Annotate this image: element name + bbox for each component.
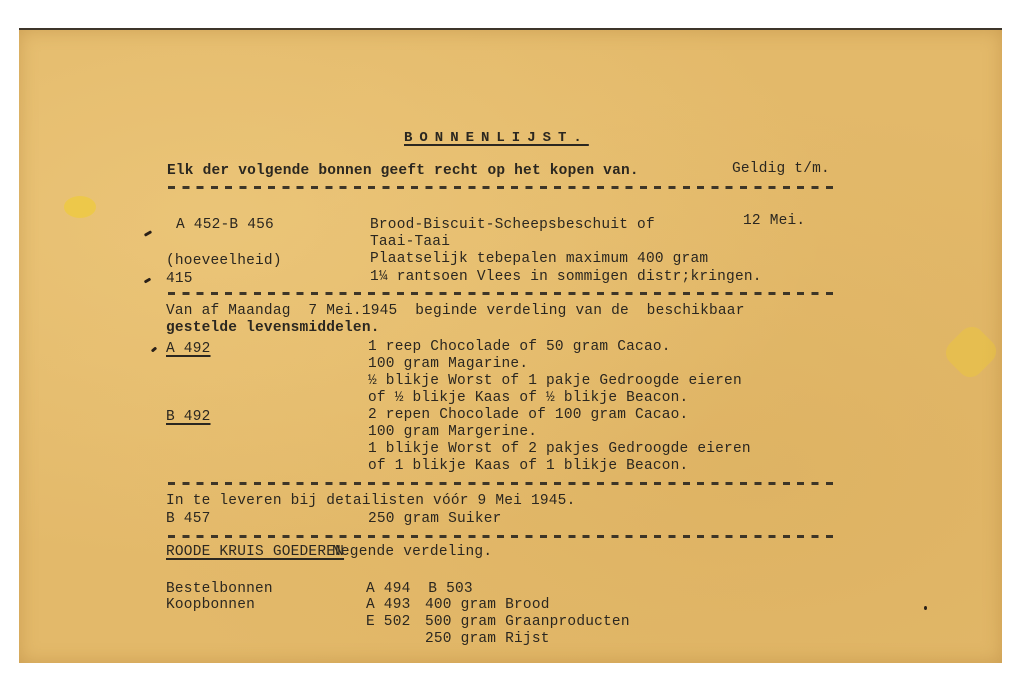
- valid-until-header: Geldig t/m.: [732, 161, 830, 178]
- coupon-item: ½ blikje Worst of 1 pakje Gedroogde eier…: [368, 373, 742, 390]
- coupon-item: Taai-Taai: [370, 234, 450, 251]
- dashed-divider: [168, 292, 840, 295]
- coupon-item: 400 gram Brood: [425, 597, 550, 614]
- ink-speck: [924, 606, 927, 610]
- quantity-text: Plaatselijk tebepalen maximum 400 gram: [370, 251, 708, 268]
- coupon-item: 1 blikje Worst of 2 pakjes Gedroogde eie…: [368, 441, 751, 458]
- coupon-item: Brood-Biscuit-Scheepsbeschuit of: [370, 217, 655, 234]
- intro-text: Elk der volgende bonnen geeft recht op h…: [167, 163, 639, 180]
- coupon-code: 415: [166, 271, 193, 288]
- order-coupons-label: Bestelbonnen: [166, 581, 273, 598]
- coupon-item: 100 gram Margerine.: [368, 424, 537, 441]
- buy-coupons-label: Koopbonnen: [166, 597, 255, 614]
- coupon-item: 2 repen Chocolade of 100 gram Cacao.: [368, 407, 688, 424]
- coupon-code: E 502: [366, 614, 411, 631]
- red-cross-heading: ROODE KRUIS GOEDEREN: [166, 544, 344, 561]
- dashed-divider: [168, 535, 840, 538]
- coupon-item: 250 gram Rijst: [425, 631, 550, 648]
- coupon-code: A 493: [366, 597, 411, 614]
- coupon-item: 500 gram Graanproducten: [425, 614, 630, 631]
- coupon-code: B 457: [166, 511, 211, 528]
- paper-stain: [64, 196, 96, 218]
- coupon-item: 1 reep Chocolade of 50 gram Cacao.: [368, 339, 671, 356]
- coupon-item: 250 gram Suiker: [368, 511, 502, 528]
- section-intro: gestelde levensmiddelen.: [166, 320, 380, 337]
- coupon-item: 1¼ rantsoen Vlees in sommigen distr;krin…: [370, 269, 762, 286]
- coupon-code: B 492: [166, 409, 211, 426]
- section-intro: In te leveren bij detailisten vóór 9 Mei…: [166, 493, 575, 510]
- section-intro: Van af Maandag 7 Mei.1945 beginde verdel…: [166, 303, 745, 320]
- coupon-item: 100 gram Magarine.: [368, 356, 528, 373]
- red-cross-subheading: Negende verdeling.: [332, 544, 492, 561]
- coupon-code: A 492: [166, 341, 211, 358]
- coupon-item: of 1 blikje Kaas of 1 blikje Beacon.: [368, 458, 688, 475]
- document-title: BONNENLIJST.: [404, 130, 589, 147]
- coupon-valid-date: 12 Mei.: [743, 213, 805, 230]
- coupon-code: A 452-B 456: [176, 217, 274, 234]
- order-coupon-codes: A 494 B 503: [366, 581, 473, 598]
- dashed-divider: [168, 186, 840, 189]
- coupon-item: of ½ blikje Kaas of ½ blikje Beacon.: [368, 390, 688, 407]
- quantity-label: (hoeveelheid): [166, 253, 282, 270]
- dashed-divider: [168, 482, 840, 485]
